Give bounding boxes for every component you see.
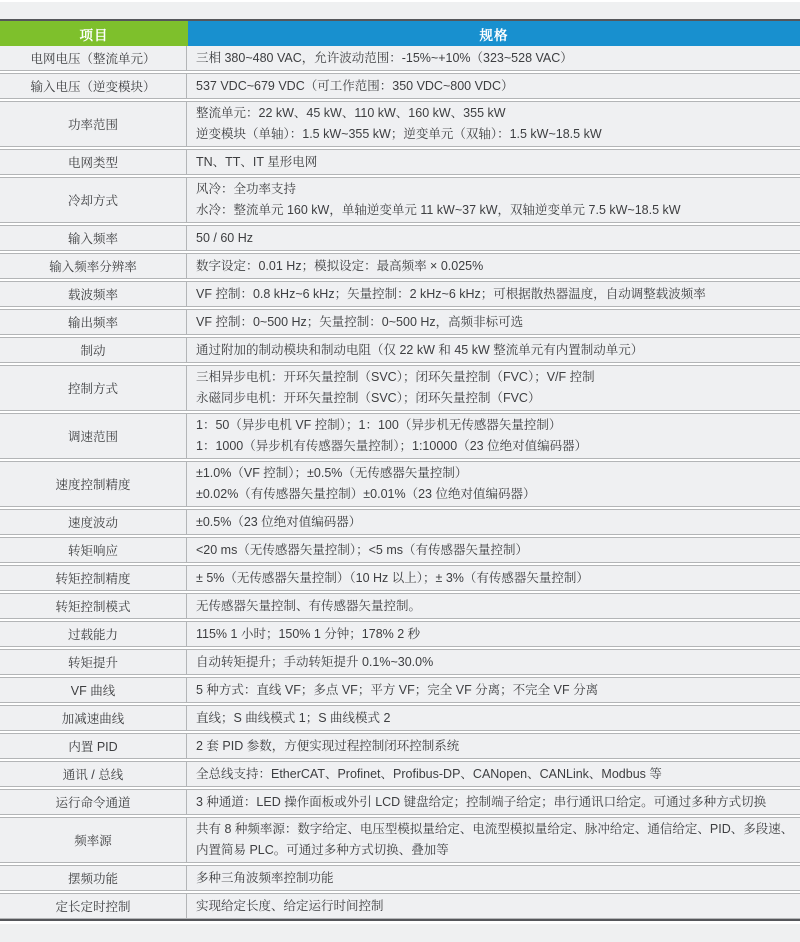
item-label: 输出频率 <box>0 310 187 334</box>
spec-line: 水冷：整流单元 160 kW，单轴逆变单元 11 kW~37 kW，双轴逆变单元… <box>196 200 792 221</box>
table-row: 电网电压（整流单元） 三相 380~480 VAC，允许波动范围：-15%~+1… <box>0 46 800 71</box>
item-label: 调速范围 <box>0 414 187 458</box>
table-row: 输入电压（逆变模块） 537 VDC~679 VDC（可工作范围：350 VDC… <box>0 73 800 99</box>
table-row: 输出频率 VF 控制：0~500 Hz；矢量控制：0~500 Hz，高频非标可选 <box>0 309 800 335</box>
item-label: 转矩提升 <box>0 650 187 674</box>
spec-line: 无传感器矢量控制、有传感器矢量控制。 <box>196 596 792 617</box>
item-label: 制动 <box>0 338 187 362</box>
spec-line: 115% 1 小时；150% 1 分钟；178% 2 秒 <box>196 624 792 645</box>
spec-value: 自动转矩提升；手动转矩提升 0.1%~30.0% <box>187 650 800 674</box>
spec-value: VF 控制：0~500 Hz；矢量控制：0~500 Hz，高频非标可选 <box>187 310 800 334</box>
header-spec-cell: 规格 <box>188 21 800 46</box>
item-label: 内置 PID <box>0 734 187 758</box>
spec-table: 项目 规格 电网电压（整流单元） 三相 380~480 VAC，允许波动范围：-… <box>0 19 800 921</box>
spec-line: ±0.02%（有传感器矢量控制）±0.01%（23 位绝对值编码器） <box>196 484 792 505</box>
spec-value: 共有 8 种频率源：数字给定、电压型模拟量给定、电流型模拟量给定、脉冲给定、通信… <box>187 818 800 862</box>
spec-line: 整流单元：22 kW、45 kW、110 kW、160 kW、355 kW <box>196 103 792 124</box>
item-label: 速度控制精度 <box>0 462 187 506</box>
spec-value: 2 套 PID 参数，方便实现过程控制闭环控制系统 <box>187 734 800 758</box>
table-row: 速度波动 ±0.5%（23 位绝对值编码器） <box>0 509 800 535</box>
spec-line: 共有 8 种频率源：数字给定、电压型模拟量给定、电流型模拟量给定、脉冲给定、通信… <box>196 819 793 840</box>
item-label: 摆频功能 <box>0 866 187 890</box>
spec-value: 无传感器矢量控制、有传感器矢量控制。 <box>187 594 800 618</box>
spec-line: 实现给定长度、给定运行时间控制 <box>196 896 792 917</box>
spec-value: 115% 1 小时；150% 1 分钟；178% 2 秒 <box>187 622 800 646</box>
item-label: 加减速曲线 <box>0 706 187 730</box>
item-label: 控制方式 <box>0 366 187 410</box>
spec-line: 自动转矩提升；手动转矩提升 0.1%~30.0% <box>196 652 792 673</box>
item-label: 过载能力 <box>0 622 187 646</box>
spec-value: 多种三角波频率控制功能 <box>187 866 800 890</box>
item-label: 运行命令通道 <box>0 790 187 814</box>
header-item-cell: 项目 <box>0 21 188 46</box>
spec-line: 多种三角波频率控制功能 <box>196 868 792 889</box>
item-label: 输入频率分辨率 <box>0 254 187 278</box>
item-label: 转矩控制精度 <box>0 566 187 590</box>
spec-line: 537 VDC~679 VDC（可工作范围：350 VDC~800 VDC） <box>196 76 792 97</box>
spec-line: <20 ms（无传感器矢量控制）；<5 ms（有传感器矢量控制） <box>196 540 792 561</box>
item-label: VF 曲线 <box>0 678 187 702</box>
spec-line: ± 5%（无传感器矢量控制）（10 Hz 以上）；± 3%（有传感器矢量控制） <box>196 568 792 589</box>
spec-value: 三相 380~480 VAC，允许波动范围：-15%~+10%（323~528 … <box>187 46 800 70</box>
spec-line: 5 种方式：直线 VF；多点 VF；平方 VF；完全 VF 分离；不完全 VF … <box>196 680 792 701</box>
spec-line: 内置简易 PLC。可通过多种方式切换、叠加等 <box>196 840 793 861</box>
table-row: VF 曲线 5 种方式：直线 VF；多点 VF；平方 VF；完全 VF 分离；不… <box>0 677 800 703</box>
spec-line: 通过附加的制动模块和制动电阻（仅 22 kW 和 45 kW 整流单元有内置制动… <box>196 340 792 361</box>
item-label: 转矩控制模式 <box>0 594 187 618</box>
spec-line: 全总线支持：EtherCAT、Profinet、Profibus-DP、CANo… <box>196 764 792 785</box>
spec-line: VF 控制：0.8 kHz~6 kHz；矢量控制：2 kHz~6 kHz；可根据… <box>196 284 792 305</box>
table-row: 调速范围 1：50（异步电机 VF 控制）；1：100（异步机无传感器矢量控制）… <box>0 413 800 459</box>
table-row: 转矩控制精度 ± 5%（无传感器矢量控制）（10 Hz 以上）；± 3%（有传感… <box>0 565 800 591</box>
table-row: 过载能力 115% 1 小时；150% 1 分钟；178% 2 秒 <box>0 621 800 647</box>
table-row: 定长定时控制 实现给定长度、给定运行时间控制 <box>0 893 800 919</box>
spec-value: 风冷：全功率支持水冷：整流单元 160 kW，单轴逆变单元 11 kW~37 k… <box>187 178 800 222</box>
table-row: 输入频率 50 / 60 Hz <box>0 225 800 251</box>
table-row: 转矩提升 自动转矩提升；手动转矩提升 0.1%~30.0% <box>0 649 800 675</box>
table-row: 运行命令通道 3 种通道：LED 操作面板或外引 LCD 键盘给定；控制端子给定… <box>0 789 800 815</box>
spec-line: 2 套 PID 参数，方便实现过程控制闭环控制系统 <box>196 736 792 757</box>
spec-line: 1：50（异步电机 VF 控制）；1：100（异步机无传感器矢量控制） <box>196 415 792 436</box>
table-row: 摆频功能 多种三角波频率控制功能 <box>0 865 800 891</box>
spec-line: 50 / 60 Hz <box>196 228 792 249</box>
bottom-strip <box>0 924 800 942</box>
table-row: 通讯 / 总线 全总线支持：EtherCAT、Profinet、Profibus… <box>0 761 800 787</box>
spec-line: 三相异步电机：开环矢量控制（SVC）；闭环矢量控制（FVC）；V/F 控制 <box>196 367 792 388</box>
item-label: 通讯 / 总线 <box>0 762 187 786</box>
spec-value: 整流单元：22 kW、45 kW、110 kW、160 kW、355 kW逆变模… <box>187 102 800 146</box>
table-row: 载波频率 VF 控制：0.8 kHz~6 kHz；矢量控制：2 kHz~6 kH… <box>0 281 800 307</box>
table-row: 控制方式 三相异步电机：开环矢量控制（SVC）；闭环矢量控制（FVC）；V/F … <box>0 365 800 411</box>
spec-line: 风冷：全功率支持 <box>196 179 792 200</box>
spec-value: <20 ms（无传感器矢量控制）；<5 ms（有传感器矢量控制） <box>187 538 800 562</box>
table-row: 输入频率分辨率 数字设定：0.01 Hz；模拟设定：最高频率 × 0.025% <box>0 253 800 279</box>
spec-value: 537 VDC~679 VDC（可工作范围：350 VDC~800 VDC） <box>187 74 800 98</box>
item-label: 电网电压（整流单元） <box>0 46 187 70</box>
spec-line: 永磁同步电机：开环矢量控制（SVC）；闭环矢量控制（FVC） <box>196 388 792 409</box>
table-row: 速度控制精度 ±1.0%（VF 控制）；±0.5%（无传感器矢量控制）±0.02… <box>0 461 800 507</box>
spec-line: 直线；S 曲线模式 1；S 曲线模式 2 <box>196 708 792 729</box>
spec-line: 数字设定：0.01 Hz；模拟设定：最高频率 × 0.025% <box>196 256 792 277</box>
spec-line: 逆变模块（单轴）：1.5 kW~355 kW；逆变单元（双轴）：1.5 kW~1… <box>196 124 792 145</box>
spec-value: 三相异步电机：开环矢量控制（SVC）；闭环矢量控制（FVC）；V/F 控制永磁同… <box>187 366 800 410</box>
spec-value: 直线；S 曲线模式 1；S 曲线模式 2 <box>187 706 800 730</box>
spec-line: ±1.0%（VF 控制）；±0.5%（无传感器矢量控制） <box>196 463 792 484</box>
spec-line: ±0.5%（23 位绝对值编码器） <box>196 512 792 533</box>
spec-value: TN、TT、IT 星形电网 <box>187 150 800 174</box>
spec-line: TN、TT、IT 星形电网 <box>196 152 792 173</box>
table-body: 电网电压（整流单元） 三相 380~480 VAC，允许波动范围：-15%~+1… <box>0 46 800 919</box>
spec-line: VF 控制：0~500 Hz；矢量控制：0~500 Hz，高频非标可选 <box>196 312 792 333</box>
item-label: 速度波动 <box>0 510 187 534</box>
item-label: 载波频率 <box>0 282 187 306</box>
table-row: 功率范围 整流单元：22 kW、45 kW、110 kW、160 kW、355 … <box>0 101 800 147</box>
spec-value: 通过附加的制动模块和制动电阻（仅 22 kW 和 45 kW 整流单元有内置制动… <box>187 338 800 362</box>
top-strip <box>0 2 800 19</box>
table-row: 冷却方式 风冷：全功率支持水冷：整流单元 160 kW，单轴逆变单元 11 kW… <box>0 177 800 223</box>
item-label: 输入频率 <box>0 226 187 250</box>
item-label: 转矩响应 <box>0 538 187 562</box>
spec-value: 3 种通道：LED 操作面板或外引 LCD 键盘给定；控制端子给定；串行通讯口给… <box>187 790 800 814</box>
spec-value: 1：50（异步电机 VF 控制）；1：100（异步机无传感器矢量控制）1：100… <box>187 414 800 458</box>
item-label: 频率源 <box>0 818 187 862</box>
spec-value: 全总线支持：EtherCAT、Profinet、Profibus-DP、CANo… <box>187 762 800 786</box>
table-row: 电网类型 TN、TT、IT 星形电网 <box>0 149 800 175</box>
table-row: 转矩控制模式 无传感器矢量控制、有传感器矢量控制。 <box>0 593 800 619</box>
spec-value: ±0.5%（23 位绝对值编码器） <box>187 510 800 534</box>
item-label: 功率范围 <box>0 102 187 146</box>
item-label: 定长定时控制 <box>0 894 187 918</box>
item-label: 冷却方式 <box>0 178 187 222</box>
table-row: 加减速曲线 直线；S 曲线模式 1；S 曲线模式 2 <box>0 705 800 731</box>
item-label: 电网类型 <box>0 150 187 174</box>
table-row: 频率源 共有 8 种频率源：数字给定、电压型模拟量给定、电流型模拟量给定、脉冲给… <box>0 817 800 863</box>
spec-value: VF 控制：0.8 kHz~6 kHz；矢量控制：2 kHz~6 kHz；可根据… <box>187 282 800 306</box>
spec-value: 5 种方式：直线 VF；多点 VF；平方 VF；完全 VF 分离；不完全 VF … <box>187 678 800 702</box>
spec-value: 数字设定：0.01 Hz；模拟设定：最高频率 × 0.025% <box>187 254 800 278</box>
spec-line: 1：1000（异步机有传感器矢量控制）；1:10000（23 位绝对值编码器） <box>196 436 792 457</box>
spec-value: 实现给定长度、给定运行时间控制 <box>187 894 800 918</box>
spec-line: 3 种通道：LED 操作面板或外引 LCD 键盘给定；控制端子给定；串行通讯口给… <box>196 792 792 813</box>
spec-line: 三相 380~480 VAC，允许波动范围：-15%~+10%（323~528 … <box>196 48 792 69</box>
table-row: 转矩响应 <20 ms（无传感器矢量控制）；<5 ms（有传感器矢量控制） <box>0 537 800 563</box>
table-row: 内置 PID 2 套 PID 参数，方便实现过程控制闭环控制系统 <box>0 733 800 759</box>
spec-value: ±1.0%（VF 控制）；±0.5%（无传感器矢量控制）±0.02%（有传感器矢… <box>187 462 800 506</box>
spec-value: 50 / 60 Hz <box>187 226 800 250</box>
spec-value: ± 5%（无传感器矢量控制）（10 Hz 以上）；± 3%（有传感器矢量控制） <box>187 566 800 590</box>
item-label: 输入电压（逆变模块） <box>0 74 187 98</box>
table-row: 制动 通过附加的制动模块和制动电阻（仅 22 kW 和 45 kW 整流单元有内… <box>0 337 800 363</box>
table-header-row: 项目 规格 <box>0 21 800 46</box>
